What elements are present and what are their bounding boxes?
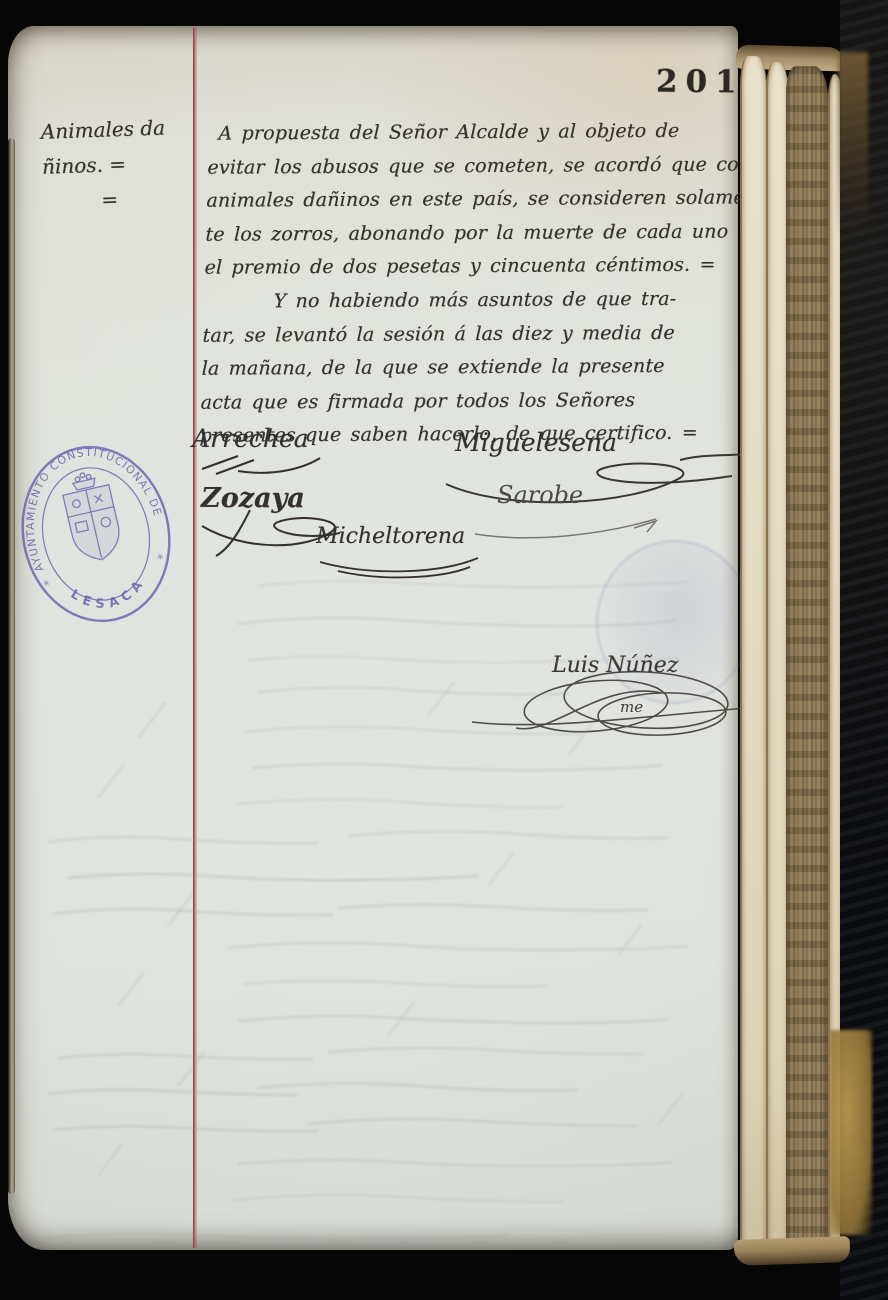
signature-zozaya: Zozaya bbox=[201, 483, 305, 514]
municipal-stamp: AYUNTAMIENTO CONSTITUCIONAL DE LESACA ✳ … bbox=[0, 421, 196, 648]
text-line: animales dañinos en este país, se consid… bbox=[206, 181, 759, 218]
signature-rubric bbox=[308, 548, 490, 586]
text-line: la mañana, de la que se extiende la pres… bbox=[201, 349, 754, 386]
signature-rubric bbox=[194, 450, 324, 476]
margin-note-line: = bbox=[101, 179, 204, 218]
signature-rubric bbox=[470, 504, 675, 546]
text-line: te los zorros, abonando por la muerte de… bbox=[205, 215, 758, 252]
manuscript-page: 201 Animales da ñinos. = = A propuesta d… bbox=[8, 26, 738, 1250]
text-line: tar, se levantó la sesión á las diez y m… bbox=[202, 316, 755, 353]
stamp-star-icon: ✳ bbox=[155, 551, 164, 562]
book-photo: 201 Animales da ñinos. = = A propuesta d… bbox=[0, 0, 888, 1300]
svg-text:LESACA: LESACA bbox=[66, 570, 153, 619]
signature-arrechea: Arrechea bbox=[192, 424, 309, 453]
signature-miguelesena: Miguelesena bbox=[455, 428, 617, 457]
signature-sarobe: Sarobe bbox=[497, 481, 583, 509]
worn-cover-patch bbox=[838, 52, 868, 237]
page-stack-bottom-edge bbox=[734, 1236, 851, 1266]
stamp-bottom-text: LESACA bbox=[66, 570, 153, 619]
signature-micheltorena: Micheltorena bbox=[316, 524, 465, 549]
page-number: 201 bbox=[656, 64, 745, 101]
text-line: A propuesta del Señor Alcalde y al objet… bbox=[208, 114, 761, 151]
page-edge-strip bbox=[740, 56, 767, 1260]
minutes-body-text: A propuesta del Señor Alcalde y al objet… bbox=[199, 114, 761, 453]
margin-note-line: Animales da bbox=[40, 109, 201, 150]
underlying-page-edge bbox=[8, 138, 15, 1194]
rubric-initials: me bbox=[620, 698, 643, 716]
margin-note: Animales da ñinos. = = bbox=[40, 109, 204, 220]
worn-cover-corner bbox=[830, 1030, 872, 1235]
fore-edge-block bbox=[786, 66, 828, 1252]
stamp-star-icon: ✳ bbox=[42, 577, 51, 588]
text-line: acta que es firmada por todos los Señore… bbox=[200, 383, 753, 420]
stamp-coat-of-arms-icon bbox=[59, 468, 125, 565]
text-line: Y no habiendo más asuntos de que tra- bbox=[203, 282, 756, 319]
margin-note-line: ñinos. = bbox=[41, 144, 202, 185]
text-line: el premio de dos pesetas y cincuenta cén… bbox=[204, 249, 757, 286]
text-line: evitar los abusos que se cometen, se aco… bbox=[207, 148, 760, 185]
ghost-stamp-bleedthrough bbox=[585, 530, 762, 714]
